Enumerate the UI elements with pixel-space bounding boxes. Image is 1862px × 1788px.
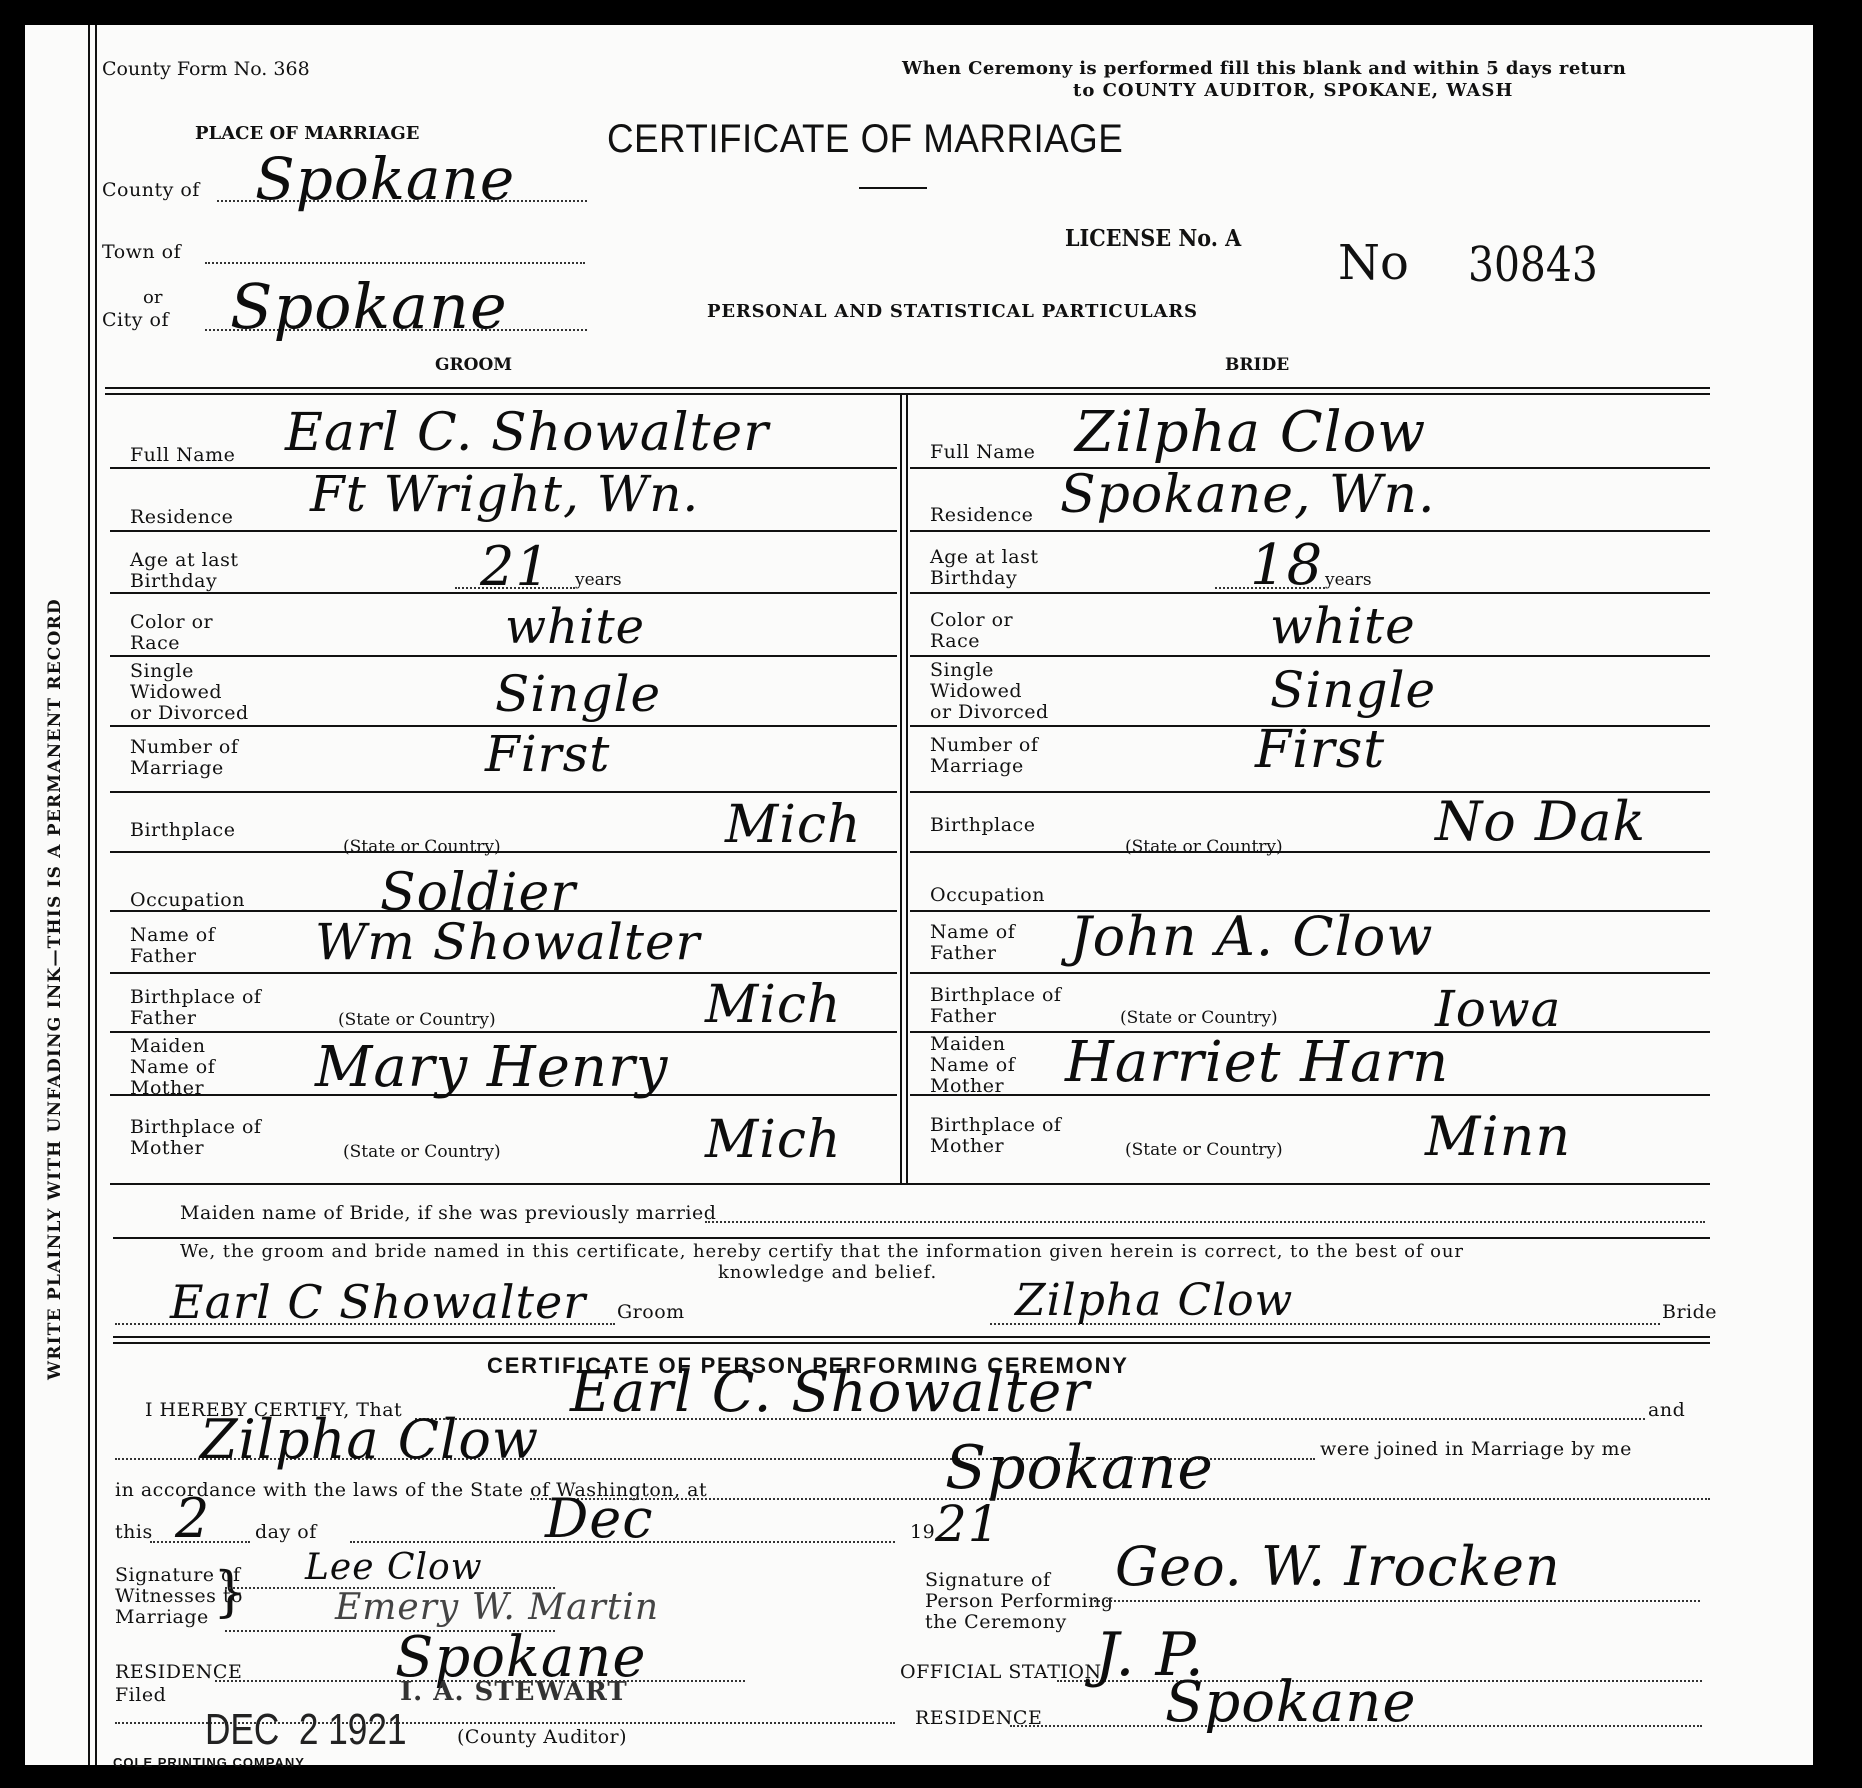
maiden-name-field-line xyxy=(705,1221,1705,1223)
groom-color-label: Color orRace xyxy=(130,612,213,654)
groom-status-label: SingleWidowedor Divorced xyxy=(130,661,249,724)
groom-residence-value: Ft Wright, Wn. xyxy=(310,465,699,523)
town-field-line xyxy=(205,262,585,264)
county-label: County of xyxy=(102,180,200,201)
year-value: 21 xyxy=(935,1495,1001,1553)
bride-birthplace-value: No Dak xyxy=(1435,790,1646,853)
joined-label: were joined in Marriage by me xyxy=(1320,1439,1632,1460)
place-of-marriage-label: PLACE OF MARRIAGE xyxy=(195,123,419,144)
bride-mother-bp-hint: (State or Country) xyxy=(1125,1140,1283,1160)
city-label: City of xyxy=(102,310,169,331)
bride-age-label: Age at lastBirthday xyxy=(930,547,1038,589)
bride-color-value: white xyxy=(1270,597,1416,655)
printer-credit: COLE PRINTING COMPANY xyxy=(113,1755,305,1770)
party1-value: Earl C. Showalter xyxy=(570,1360,1090,1425)
groom-father-label: Name ofFather xyxy=(130,925,215,967)
witness-brace-icon: } xyxy=(213,1560,247,1623)
officiant-field-line xyxy=(1090,1600,1700,1602)
maiden-name-label: Maiden name of Bride, if she was previou… xyxy=(180,1203,716,1224)
groom-birthplace-value: Mich xyxy=(725,795,862,855)
form-number: County Form No. 368 xyxy=(102,58,310,80)
bride-residence-value: Spokane, Wn. xyxy=(1060,465,1436,525)
section-heading: PERSONAL AND STATISTICAL PARTICULARS xyxy=(707,301,1198,322)
row-line xyxy=(110,972,897,974)
bride-mother-label: MaidenName ofMother xyxy=(930,1034,1015,1097)
page-title: CERTIFICATE OF MARRIAGE xyxy=(607,117,1123,162)
bride-number-value: First xyxy=(1255,720,1385,780)
row-line xyxy=(110,791,897,793)
city-value: Spokane xyxy=(230,270,508,343)
left-border-rule-inner xyxy=(95,25,97,1765)
officiant-label: Signature ofPerson Performingthe Ceremon… xyxy=(925,1570,1114,1633)
marriage-certificate: WRITE PLAINLY WITH UNFADING INK—THIS IS … xyxy=(25,25,1813,1765)
license-number: 30843 xyxy=(1468,237,1598,293)
bride-full-name-value: Zilpha Clow xyxy=(1075,400,1426,465)
party2-value: Zilpha Clow xyxy=(200,1408,539,1471)
groom-father-bp-value: Mich xyxy=(705,975,842,1035)
bride-age-unit: years xyxy=(1325,570,1372,590)
county-value: Spokane xyxy=(255,145,515,213)
groom-full-name-value: Earl C. Showalter xyxy=(285,403,769,463)
bride-father-bp-hint: (State or Country) xyxy=(1120,1008,1278,1028)
row-line xyxy=(110,655,897,657)
witness1-signature: Lee Clow xyxy=(305,1547,483,1588)
bride-occupation-label: Occupation xyxy=(930,885,1045,906)
groom-occupation-label: Occupation xyxy=(130,890,245,911)
officiant-signature: Geo. W. Irocken xyxy=(1115,1535,1561,1598)
witness2-signature: Emery W. Martin xyxy=(335,1587,659,1628)
row-line xyxy=(910,655,1710,657)
license-no-symbol: No xyxy=(1338,235,1409,291)
groom-age-value: 21 xyxy=(480,535,551,598)
groom-age-unit: years xyxy=(575,570,622,590)
groom-heading: GROOM xyxy=(435,355,512,375)
month-value: Dec xyxy=(545,1487,654,1550)
groom-mother-bp-value: Mich xyxy=(705,1110,842,1170)
this-label: this xyxy=(115,1522,153,1543)
bride-father-label: Name ofFather xyxy=(930,922,1015,964)
certification-statement-line-1: We, the groom and bride named in this ce… xyxy=(180,1241,1464,1262)
bride-color-label: Color orRace xyxy=(930,610,1013,652)
groom-mother-bp-hint: (State or Country) xyxy=(343,1142,501,1162)
bride-status-value: Single xyxy=(1270,661,1436,719)
bride-birthplace-label: Birthplace xyxy=(930,815,1035,836)
filed-label: Filed xyxy=(115,1685,166,1706)
column-divider xyxy=(900,395,902,1185)
groom-signature: Earl C Showalter xyxy=(170,1275,586,1329)
groom-full-name-label: Full Name xyxy=(130,445,235,466)
bride-mother-bp-label: Birthplace ofMother xyxy=(930,1115,1061,1157)
officiant-residence-value: Spokane xyxy=(1165,1670,1416,1735)
certification-statement-line-2: knowledge and belief. xyxy=(718,1262,937,1283)
groom-mother-label: MaidenName ofMother xyxy=(130,1036,215,1099)
groom-age-label: Age at lastBirthday xyxy=(130,550,238,592)
filed-date-stamp: DEC 2 1921 xyxy=(205,1705,407,1755)
groom-residence-label: Residence xyxy=(130,507,233,528)
bride-mother-bp-value: Minn xyxy=(1425,1105,1571,1168)
bride-residence-label: Residence xyxy=(930,505,1033,526)
left-border-rule xyxy=(88,25,90,1765)
column-divider-2 xyxy=(906,395,908,1185)
auditor-label: (County Auditor) xyxy=(457,1727,627,1748)
day-of-label: day of xyxy=(255,1522,317,1543)
groom-number-value: First xyxy=(485,725,610,783)
bride-birthplace-hint: (State or Country) xyxy=(1125,837,1283,857)
groom-mother-bp-label: Birthplace ofMother xyxy=(130,1117,261,1159)
year-prefix: 19 xyxy=(910,1522,935,1543)
instructions-line-1: When Ceremony is performed fill this bla… xyxy=(902,58,1626,79)
license-label: LICENSE No. A xyxy=(1065,225,1241,252)
ceremony-top-rule-2 xyxy=(113,1342,1710,1344)
groom-father-bp-label: Birthplace ofFather xyxy=(130,987,261,1029)
bride-signature: Zilpha Clow xyxy=(1015,1275,1293,1326)
table-top-rule xyxy=(105,387,1710,389)
side-notice: WRITE PLAINLY WITH UNFADING INK—THIS IS … xyxy=(45,598,65,1380)
bride-status-label: SingleWidowedor Divorced xyxy=(930,660,1049,723)
bride-age-value: 18 xyxy=(1250,533,1323,598)
row-line xyxy=(110,530,897,532)
bride-father-value: John A. Clow xyxy=(1070,905,1434,968)
groom-mother-value: Mary Henry xyxy=(315,1035,668,1100)
table-bottom-rule xyxy=(110,1183,1710,1185)
and-label: and xyxy=(1648,1400,1685,1421)
bride-father-bp-label: Birthplace ofFather xyxy=(930,985,1061,1027)
bride-full-name-label: Full Name xyxy=(930,442,1035,463)
groom-number-label: Number ofMarriage xyxy=(130,737,238,779)
bride-mother-value: Harriet Harn xyxy=(1065,1030,1449,1095)
title-underline xyxy=(859,187,927,189)
groom-father-bp-hint: (State or Country) xyxy=(338,1010,496,1030)
bride-signature-label: Bride xyxy=(1662,1302,1717,1323)
ceremony-top-rule xyxy=(113,1336,1710,1338)
groom-signature-label: Groom xyxy=(617,1302,685,1323)
groom-father-value: Wm Showalter xyxy=(315,913,700,971)
or-label: or xyxy=(143,287,162,308)
instructions-line-2: to COUNTY AUDITOR, SPOKANE, WASH xyxy=(1073,80,1513,101)
groom-color-value: white xyxy=(505,599,645,655)
bride-number-label: Number ofMarriage xyxy=(930,735,1038,777)
day-value: 2 xyxy=(175,1487,210,1550)
ceremony-place-value: Spokane xyxy=(945,1433,1214,1503)
row-line xyxy=(910,972,1710,974)
town-label: Town of xyxy=(102,242,181,263)
groom-birthplace-label: Birthplace xyxy=(130,820,235,841)
bride-father-bp-value: Iowa xyxy=(1435,980,1561,1038)
groom-birthplace-hint: (State or Country) xyxy=(343,837,501,857)
certification-rule xyxy=(113,1237,1710,1239)
bride-heading: BRIDE xyxy=(1225,355,1289,375)
auditor-name-stamp: I. A. STEWART xyxy=(400,1677,628,1707)
row-line xyxy=(910,530,1710,532)
groom-status-value: Single xyxy=(495,665,661,723)
